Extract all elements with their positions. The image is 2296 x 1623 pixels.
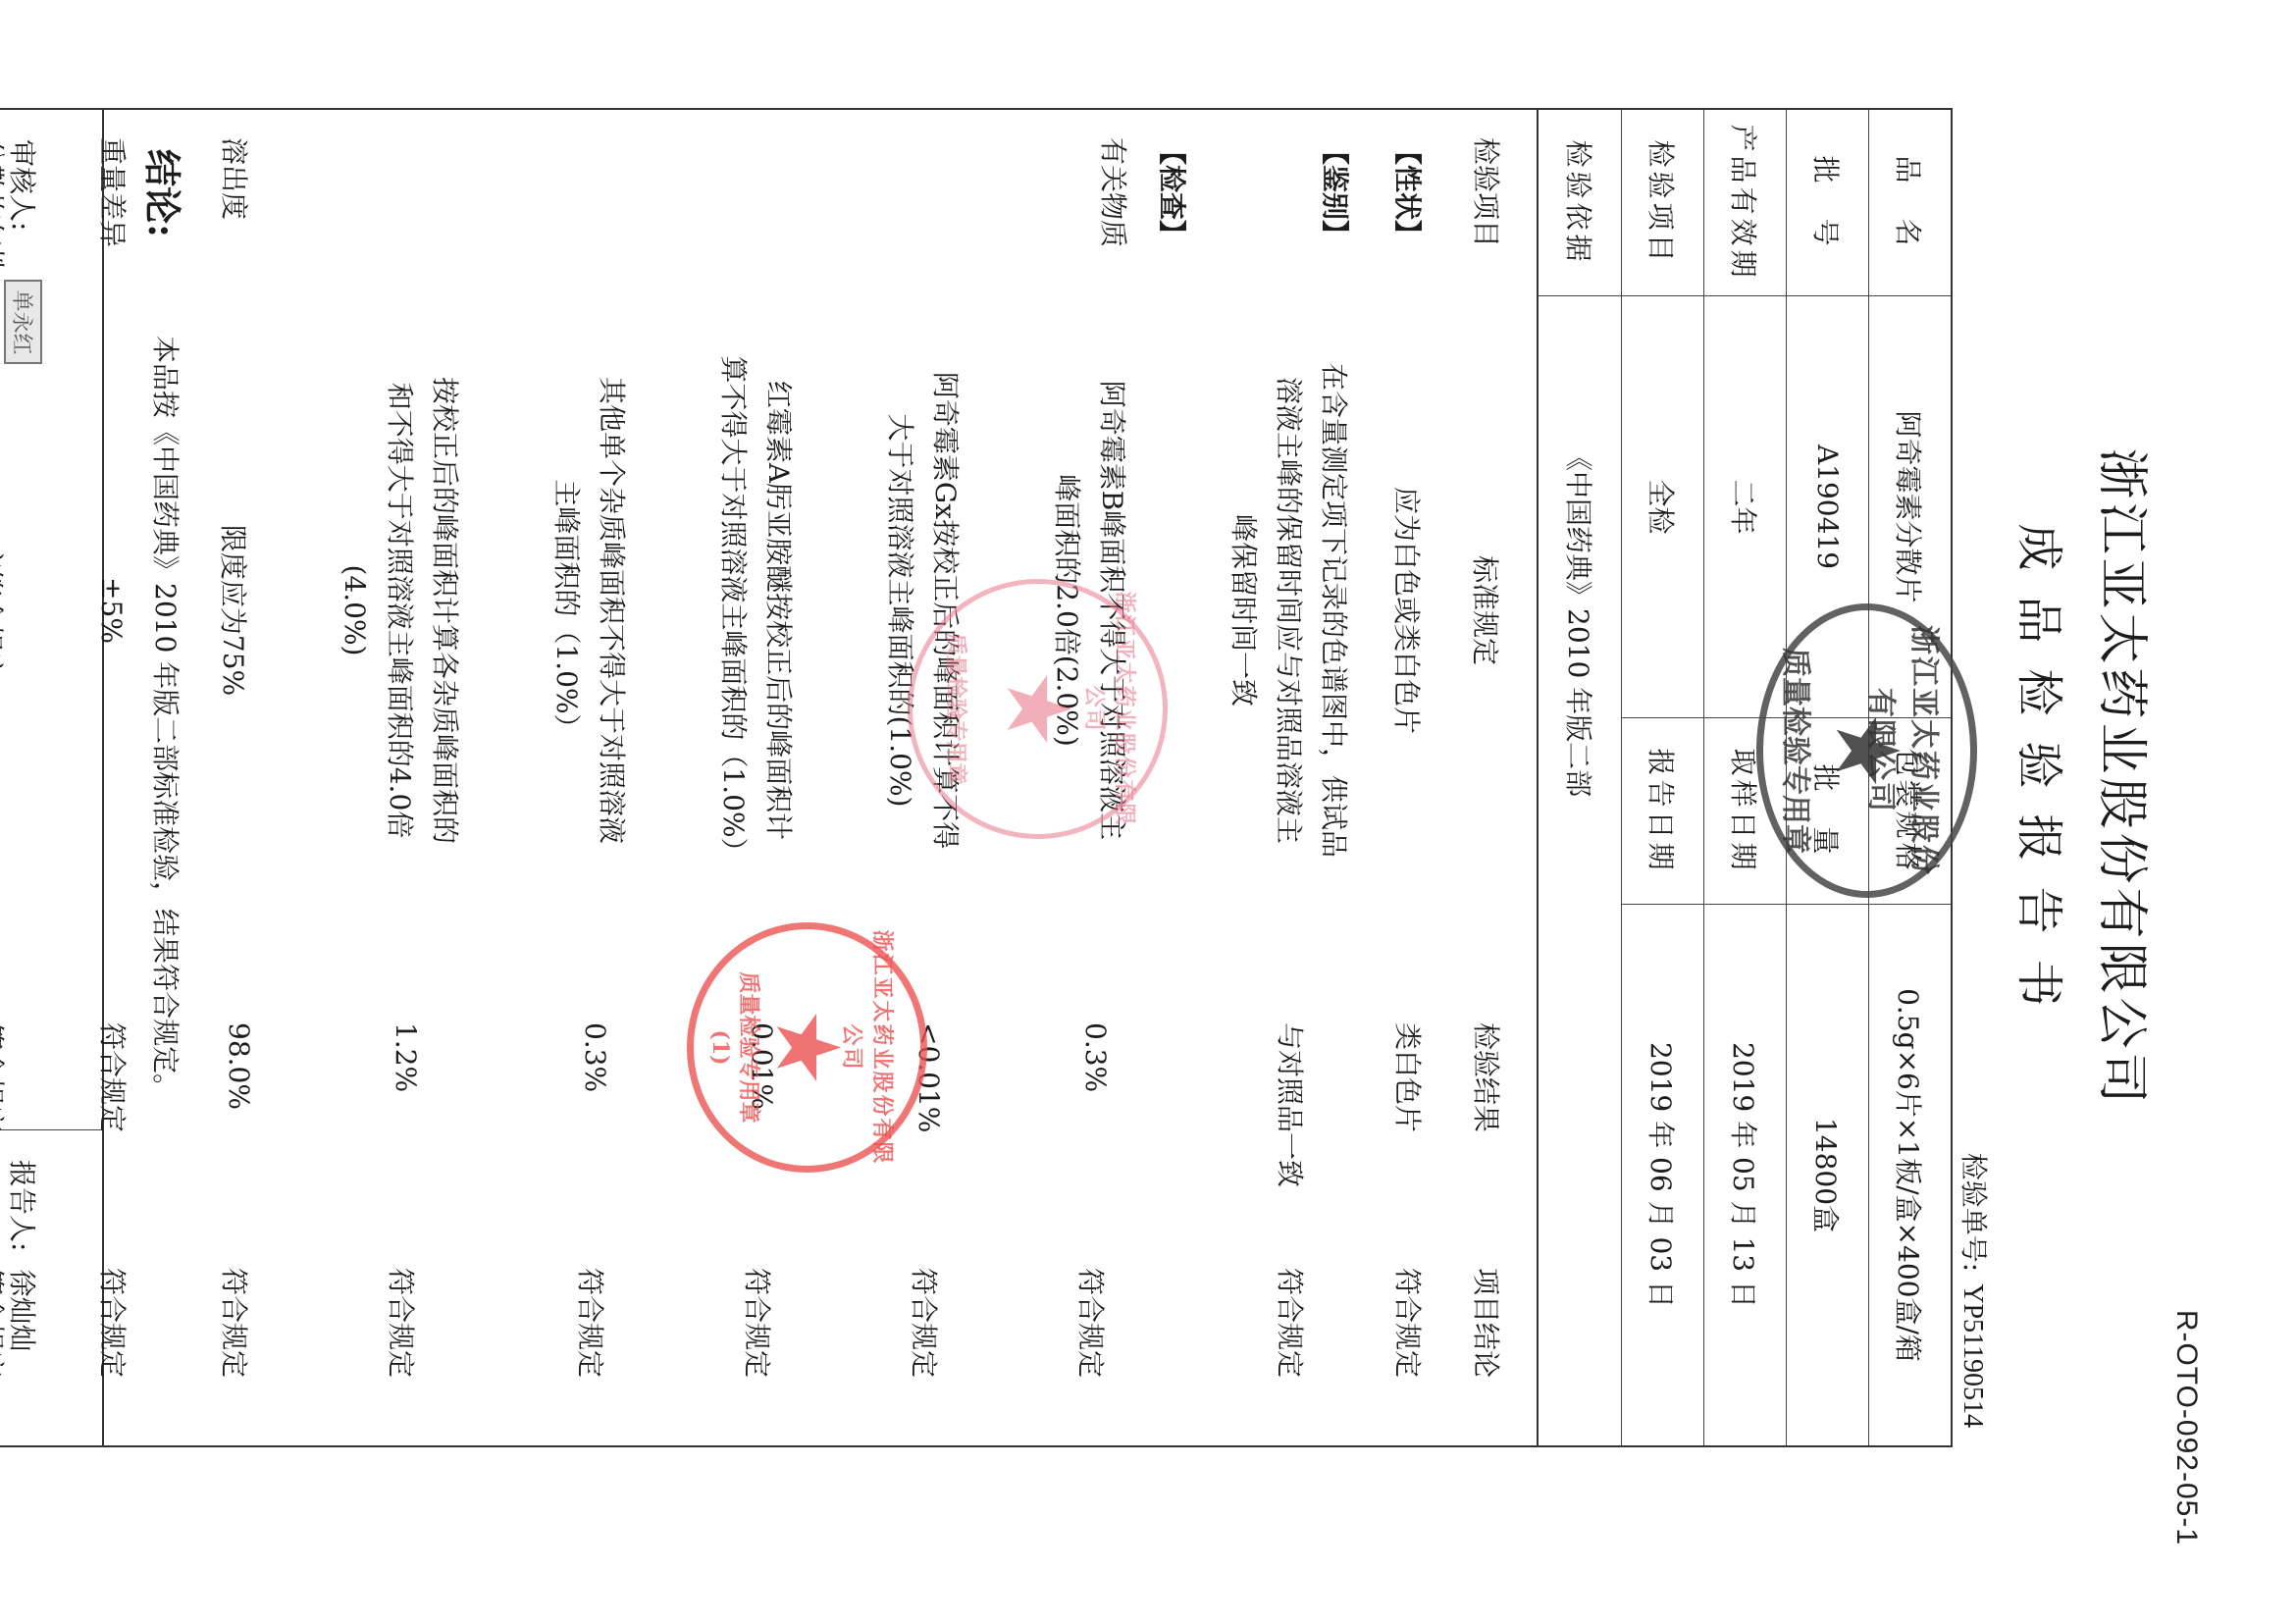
standard-line: 应符合规定 (0, 336, 12, 885)
section-title-text: 【检查】 (1154, 137, 1193, 247)
section-title-text: 【性状】 (1389, 137, 1429, 247)
row-conclusion: 符合规定 (0, 1268, 12, 1378)
row-conclusion: 符合规定 (572, 1268, 611, 1378)
column-header-conclusion: 项目结论 (1468, 1268, 1507, 1378)
conclusion-text: 本品按《中国药典》2010 年版二部标准检验，结果符合规定。 (147, 336, 186, 1101)
column-header-standard: 标准规定 (1462, 336, 1507, 885)
row-result: 0.01% (746, 1022, 778, 1110)
row-standard: 限度应为75% (210, 336, 255, 885)
row-standard: 阿奇霉素Gx按校正后的峰面积计算不得大于对照溶液主峰面积的(1.0%) (877, 336, 967, 885)
product-name-label: 品 名 (1868, 110, 1951, 296)
row-conclusion: 符合规定 (906, 1268, 945, 1378)
report-date-value: 2019 年 06 月 03 日 (1621, 905, 1703, 1445)
row-conclusion: 符合规定 (1389, 1268, 1429, 1378)
standard-line: 溶液主峰的保留时间应与对照品溶液主 (1266, 336, 1311, 885)
report-number: 检验单号:YP51190514 (1956, 1153, 1995, 1428)
standard-line: 和不得大于对照溶液主峰面积的4.0倍 (377, 336, 422, 885)
row-standard: ±5% (88, 336, 133, 885)
report-number-label: 检验单号: (1957, 1153, 1990, 1272)
standard-line: 算不得大于对照溶液主峰面积的（1.0%） (710, 336, 756, 885)
inspection-body: 检验项目 标准规定 检验结果 项目结论 结论: 本品按《中国药典》2010 年版… (102, 110, 1537, 1445)
company-name: 浙江亚太药业股份有限公司 (2090, 108, 2164, 1447)
row-conclusion: 符合规定 (94, 1268, 133, 1378)
batch-size-label: 批 量 (1786, 718, 1868, 905)
row-result: 符合规定 (94, 1022, 133, 1132)
standard-line: 阿奇霉素Gx按校正后的峰面积计算不得 (922, 336, 967, 885)
row-conclusion: 符合规定 (383, 1268, 422, 1378)
row-result: 符合规定 (0, 1022, 12, 1132)
batch-size-value: 14800盒 (1786, 905, 1868, 1445)
product-name-value: 阿奇霉素分散片 (1868, 296, 1951, 718)
report-title: 成品检验报告书 (2009, 108, 2077, 1447)
inspection-items-label: 检验项目 (1621, 110, 1703, 296)
row-result: 98.0% (223, 1022, 255, 1110)
report-number-value: YP51190514 (1957, 1283, 1988, 1428)
row-conclusion: 符合规定 (216, 1268, 255, 1378)
row-result: 0.3% (579, 1022, 611, 1092)
sampling-date-value: 2019 年 05 月 13 日 (1703, 905, 1786, 1445)
row-standard: 按校正后的峰面积计算各杂质峰面积的和不得大于对照溶液主峰面积的4.0倍(4.0%… (332, 336, 467, 885)
row-conclusion: 符合规定 (1272, 1268, 1311, 1378)
row-standard: 在含量测定项下记录的色谱图中，供试品溶液主峰的保留时间应与对照品溶液主峰保留时间… (1221, 336, 1356, 885)
basis-label: 检验依据 (1539, 110, 1621, 296)
standard-line: 在含量测定项下记录的色谱图中，供试品 (1311, 336, 1356, 885)
standard-line: ±5% (88, 336, 133, 885)
row-result: 类白色片 (1389, 1022, 1429, 1132)
basis-value: 《中国药典》2010 年版二部 (1539, 296, 1621, 1445)
report-date-label: 报告日期 (1621, 718, 1703, 905)
standard-line: 峰面积的2.0倍(2.0%) (1044, 336, 1089, 885)
row-item: 分散均匀性 (0, 137, 12, 275)
row-item: 重量差异 (94, 137, 133, 247)
package-spec-value: 0.5g×6片×1板/盒×400盒/箱 (1868, 905, 1951, 1445)
signature-row: 审核人: 单永红 报告人: 徐灿灿 (0, 110, 102, 1445)
reporter-cell: 报告人: 徐灿灿 (0, 1130, 102, 1449)
document-code: R-OTO-092-05-1 (2169, 1310, 2203, 1545)
shelf-life-value: 二年 (1703, 296, 1786, 718)
standard-line: 阿奇霉素B峰面积不得大于对照溶液主 (1089, 336, 1134, 885)
standard-line: 峰保留时间一致 (1221, 336, 1266, 885)
package-spec-label: 包装规格 (1868, 718, 1951, 905)
inspection-items-value: 全检 (1621, 296, 1703, 718)
standard-line: 红霉素A肟亚胺醚按校正后的峰面积计 (756, 336, 801, 885)
row-result: 与对照品一致 (1272, 1022, 1311, 1187)
batch-no-label: 批 号 (1786, 110, 1868, 296)
row-standard: 其他单个杂质峰面积不得大于对照溶液主峰面积的（1.0%） (544, 336, 634, 885)
standard-line: 限度应为75% (210, 336, 255, 885)
row-standard: 红霉素A肟亚胺醚按校正后的峰面积计算不得大于对照溶液主峰面积的（1.0%） (710, 336, 801, 885)
row-result: <0.01% (913, 1022, 945, 1132)
reviewer-cell: 审核人: 单永红 (0, 110, 102, 1130)
batch-no-value: A190419 (1786, 296, 1868, 718)
standard-line: 按校正后的峰面积计算各杂质峰面积的 (422, 336, 467, 885)
row-conclusion: 符合规定 (1072, 1268, 1112, 1378)
standard-line: (4.0%) (332, 336, 377, 885)
conclusion-label: 结论: (138, 149, 192, 237)
row-result: 1.2% (390, 1022, 422, 1092)
product-info-grid: 品 名 阿奇霉素分散片 包装规格 0.5g×6片×1板/盒×400盒/箱 批 号… (1537, 110, 1951, 1445)
shelf-life-label: 产品有效期 (1703, 110, 1786, 296)
row-item: 有关物质 (1095, 137, 1134, 247)
row-conclusion: 符合规定 (739, 1268, 778, 1378)
report-table: 品 名 阿奇霉素分散片 包装规格 0.5g×6片×1板/盒×400盒/箱 批 号… (0, 108, 1953, 1447)
standard-line: 应为白色或类白色片 (1383, 336, 1429, 885)
rotated-document-page: R-OTO-092-05-1 浙江亚太药业股份有限公司 成品检验报告书 检验单号… (34, 108, 2203, 1447)
row-standard: 应符合规定 (0, 336, 12, 885)
standard-line: 大于对照溶液主峰面积的(1.0%) (877, 336, 922, 885)
row-standard: 阿奇霉素B峰面积不得大于对照溶液主峰面积的2.0倍(2.0%) (1044, 336, 1134, 885)
section-title-text: 【鉴别】 (1317, 137, 1356, 247)
row-result: 0.3% (1079, 1022, 1112, 1092)
row-standard: 应为白色或类白色片 (1383, 336, 1429, 885)
standard-line: 其他单个杂质峰面积不得大于对照溶液 (589, 336, 634, 885)
reporter-label: 报告人: (4, 1160, 43, 1251)
column-header-result: 检验结果 (1468, 1022, 1507, 1132)
row-item: 溶出度 (216, 137, 255, 220)
sampling-date-label: 取样日期 (1703, 718, 1786, 905)
standard-line: 主峰面积的（1.0%） (544, 336, 589, 885)
column-header-item: 检验项目 (1468, 137, 1507, 247)
